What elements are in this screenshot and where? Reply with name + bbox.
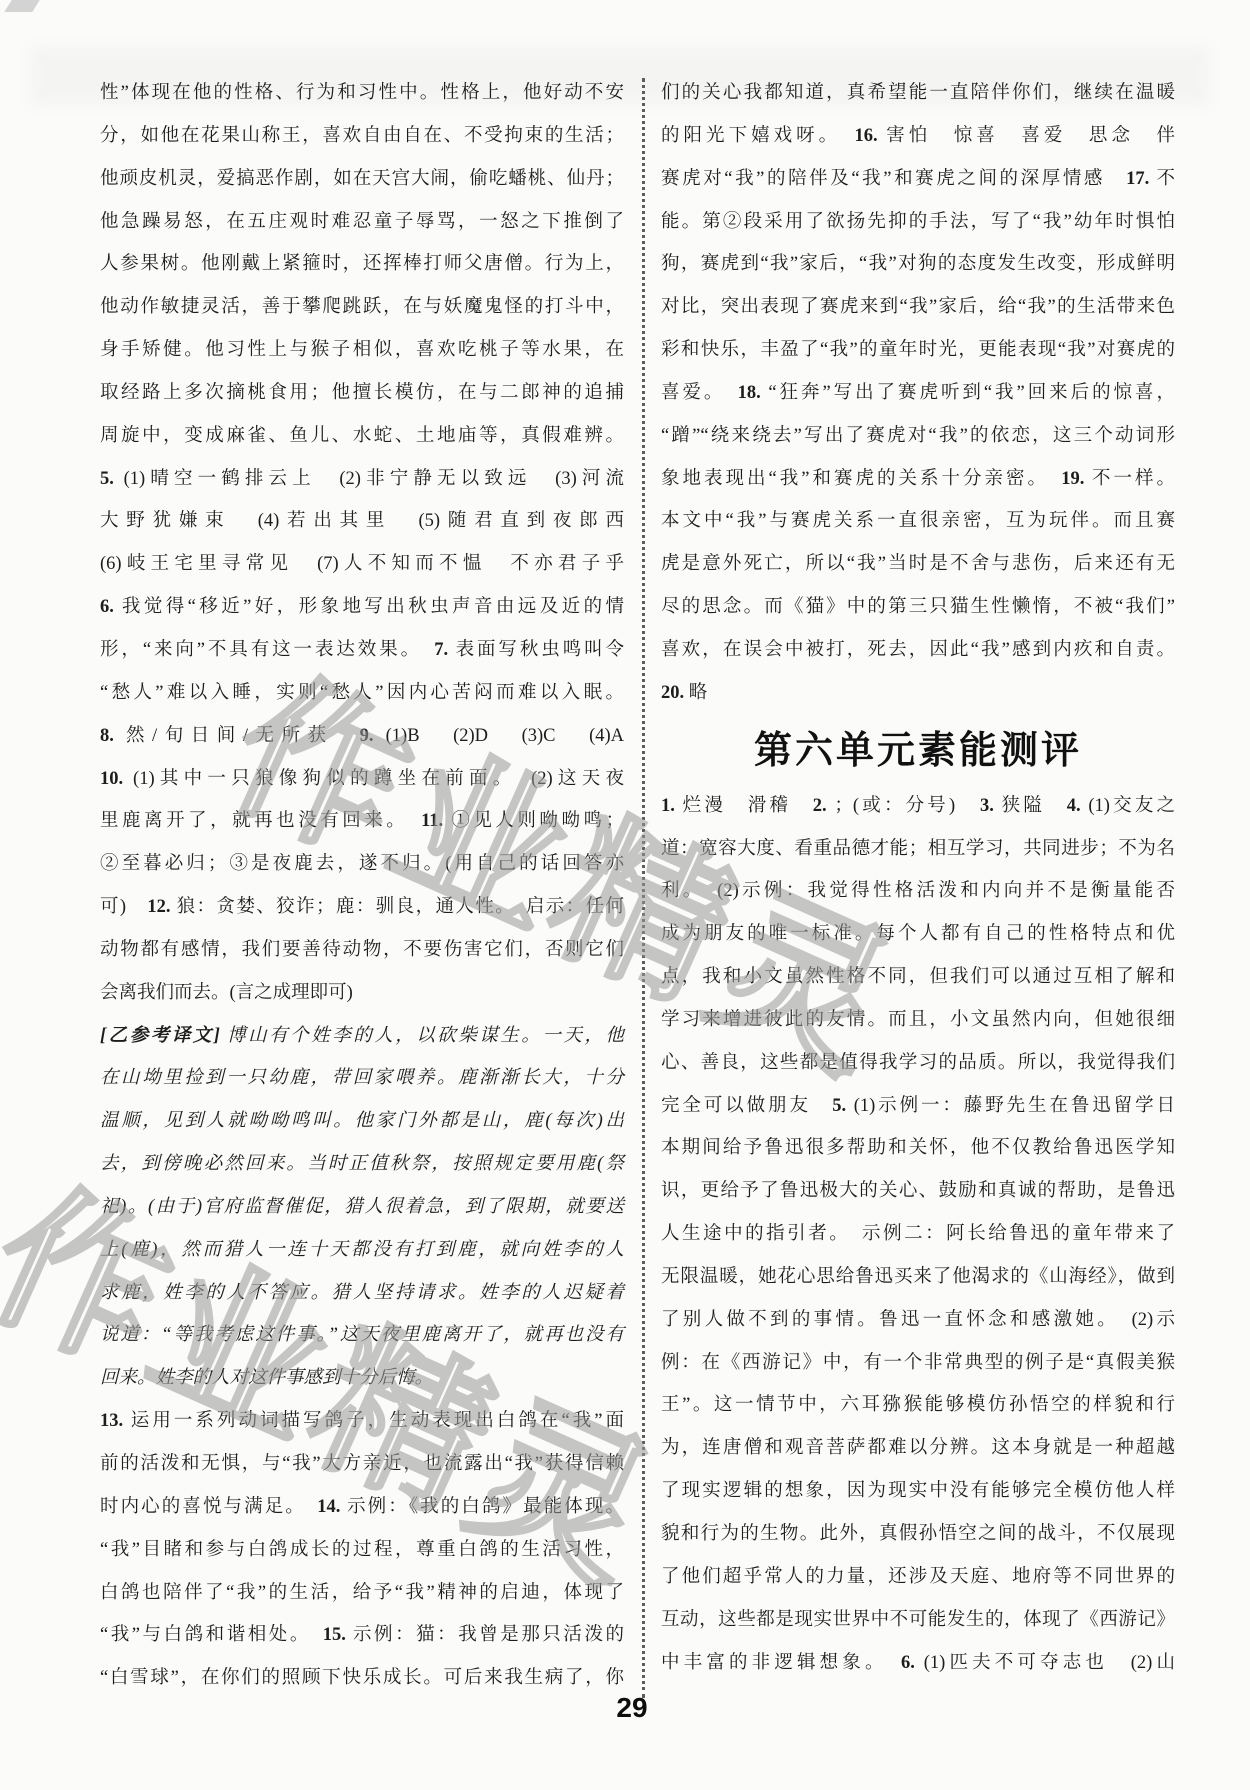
text-line: 狗，赛虎到“我”家后，“我”对狗的态度发生改变，形成鲜明 — [661, 243, 1175, 286]
text-line: 了他们超乎常人的力量，还涉及天庭、地府等不同世界的 — [661, 1556, 1175, 1599]
text-line: 10. (1)其中一只狼像狗似的蹲坐在前面。 (2)这天夜 — [100, 758, 624, 801]
text-line: 取经路上多次摘桃食用；他擅长模仿，在与二郎神的追捕 — [100, 372, 624, 415]
text-line: ②至暮必归；③是夜鹿去，遂不归。(用自己的话回答亦 — [100, 843, 624, 886]
text-line: 人生途中的指引者。 示例二：阿长给鲁迅的童年带来了 — [661, 1213, 1175, 1256]
text-line: 了现实逻辑的想象，因为现实中没有能够完全模仿他人样 — [661, 1470, 1175, 1513]
text-line: 6. 我觉得“移近”好，形象地写出秋虫声音由远及近的情 — [100, 586, 624, 629]
text-line: 形，“来向”不具有这一表达效果。 7. 表面写秋虫鸣叫令 — [100, 629, 624, 672]
text-line: 上(鹿)，然而猎人一连十天都没有打到鹿，就向姓李的人 — [100, 1229, 624, 1272]
unit-heading: 第六单元素能测评 — [661, 728, 1175, 774]
text-line: 了别人做不到的事情。鲁迅一直怀念和感激她。 (2)示 — [661, 1299, 1175, 1342]
text-line: 白鸽也陪伴了“我”的生活，给予“我”精神的启迪，体现了 — [100, 1572, 624, 1615]
text-line: 完全可以做朋友 5. (1)示例一：藤野先生在鲁迅留学日 — [661, 1085, 1175, 1128]
text-line: 他急躁易怒，在五庄观时难忍童子辱骂，一怒之下推倒了 — [100, 201, 624, 244]
text-line: 他动作敏捷灵活，善于攀爬跳跃，在与妖魔鬼怪的打斗中， — [100, 286, 624, 329]
text-line: 尽的思念。而《猫》中的第三只猫生性懒惰，不被“我们” — [661, 586, 1175, 629]
text-line: 1. 烂漫 滑稽 2. ；(或：分号) 3. 狭隘 4. (1)交友之 — [661, 785, 1175, 828]
text-line: 时内心的喜悦与满足。 14. 示例：《我的白鸽》最能体现。 — [100, 1486, 624, 1529]
text-line: 可) 12. 狼：贪婪、狡诈；鹿：驯良，通人性。 启示：任何 — [100, 886, 624, 929]
text-line: “白雪球”，在你们的照顾下快乐成长。可后来我生病了，你 — [100, 1657, 624, 1700]
text-line: “我”与白鸽和谐相处。 15. 示例：猫：我曾是那只活泼的 — [100, 1614, 624, 1657]
text-line: 祀)。(由于)官府监督催促，猎人很着急，到了限期，就要送 — [100, 1186, 624, 1229]
text-line: 成为朋友的唯一标准。每个人都有自己的性格特点和优 — [661, 913, 1175, 956]
column-divider — [642, 78, 645, 1698]
text-line: 例：在《西游记》中，有一个非常典型的例子是“真假美猴 — [661, 1342, 1175, 1385]
text-line: 王”。这一情节中，六耳猕猴能够模仿孙悟空的样貌和行 — [661, 1384, 1175, 1427]
text-line: [乙参考译文] 博山有个姓李的人，以砍柴谋生。一天，他 — [100, 1015, 624, 1058]
right-column: 们的关心我都知道，真希望能一直陪伴你们，继续在温暖的阳光下嬉戏呀。 16. 害怕… — [661, 72, 1175, 1684]
text-line: 温顺，见到人就呦呦鸣叫。他家门外都是山，鹿(每次)出 — [100, 1100, 624, 1143]
text-line: 能。第②段采用了欲扬先抑的手法，写了“我”幼年时惧怕 — [661, 201, 1175, 244]
right-column-bottom: 1. 烂漫 滑稽 2. ；(或：分号) 3. 狭隘 4. (1)交友之道：宽容大… — [661, 785, 1175, 1685]
text-line: 20. 略 — [661, 672, 1175, 715]
text-line: 象地表现出“我”和赛虎的关系十分亲密。 19. 不一样。 — [661, 458, 1175, 501]
text-line: 性”体现在他的性格、行为和习性中。性格上，他好动不安 — [100, 72, 624, 115]
text-line: 回来。姓李的人对这件事感到十分后悔。 — [100, 1357, 624, 1400]
text-line: 中丰富的非逻辑想象。 6. (1)匹夫不可夺志也 (2)山 — [661, 1642, 1175, 1685]
text-line: 身手矫健。他习性上与猴子相似，喜欢吃桃子等水果，在 — [100, 329, 624, 372]
text-line: 里鹿离开了，就再也没有回来。 11. ①见人则呦呦鸣； — [100, 800, 624, 843]
text-line: 在山坳里捡到一只幼鹿，带回家喂养。鹿渐渐长大，十分 — [100, 1057, 624, 1100]
text-line: 8. 然/旬日间/无所获 9. (1)B (2)D (3)C (4)A — [100, 715, 624, 758]
left-column: 性”体现在他的性格、行为和习性中。性格上，他好动不安分，如他在花果山称王，喜欢自… — [100, 72, 624, 1700]
text-line: 5. (1)晴空一鹤排云上 (2)非宁静无以致远 (3)河流 — [100, 458, 624, 501]
text-line: 喜欢，在误会中被打，死去，因此“我”感到内疚和自责。 — [661, 629, 1175, 672]
text-line: 本文中“我”与赛虎关系一直很亲密，互为玩伴。而且赛 — [661, 500, 1175, 543]
text-line: 周旋中，变成麻雀、鱼儿、水蛇、土地庙等，真假难辨。 — [100, 415, 624, 458]
text-line: 说道：“等我考虑这件事。”这天夜里鹿离开了，就再也没有 — [100, 1314, 624, 1357]
text-line: “蹭”“绕来绕去”写出了赛虎对“我”的依恋，这三个动词形 — [661, 415, 1175, 458]
text-line: 对比，突出表现了赛虎来到“我”家后，给“我”的生活带来色 — [661, 286, 1175, 329]
text-line: 点，我和小文虽然性格不同，但我们可以通过互相了解和 — [661, 956, 1175, 999]
text-line: 本期间给予鲁迅很多帮助和关怀，他不仅教给鲁迅医学知 — [661, 1127, 1175, 1170]
text-line: 他顽皮机灵，爱搞恶作剧，如在天宫大闹，偷吃蟠桃、仙丹； — [100, 158, 624, 201]
right-column-top: 们的关心我都知道，真希望能一直陪伴你们，继续在温暖的阳光下嬉戏呀。 16. 害怕… — [661, 72, 1175, 715]
text-line: 心、善良，这些都是值得我学习的品质。所以，我觉得我们 — [661, 1042, 1175, 1085]
text-line: 貌和行为的生物。此外，真假孙悟空之间的战斗，不仅展现 — [661, 1513, 1175, 1556]
text-line: 动物都有感情，我们要善待动物，不要伤害它们，否则它们 — [100, 929, 624, 972]
text-line: “愁人”难以入睡，实则“愁人”因内心苦闷而难以入眠。 — [100, 672, 624, 715]
scanned-page: 性”体现在他的性格、行为和习性中。性格上，他好动不安分，如他在花果山称王，喜欢自… — [0, 0, 1250, 1790]
text-line: 无限温暖，她花心思给鲁迅买来了他渴求的《山海经》，做到 — [661, 1256, 1175, 1299]
text-line: 喜爱。 18. “狂奔”写出了赛虎听到“我”回来后的惊喜， — [661, 372, 1175, 415]
text-line: 互动，这些都是现实世界中不可能发生的，体现了《西游记》 — [661, 1599, 1175, 1642]
text-line: 去，到傍晚必然回来。当时正值秋祭，按照规定要用鹿(祭 — [100, 1143, 624, 1186]
text-line: 们的关心我都知道，真希望能一直陪伴你们，继续在温暖 — [661, 72, 1175, 115]
text-line: 虎是意外死亡，所以“我”当时是不舍与悲伤，后来还有无 — [661, 543, 1175, 586]
scan-artifact — [4, 0, 39, 12]
text-line: 会离我们而去。(言之成理即可) — [100, 972, 624, 1015]
text-line: 分，如他在花果山称王，喜欢自由自在、不受拘束的生活； — [100, 115, 624, 158]
text-line: 赛虎对“我”的陪伴及“我”和赛虎之间的深厚情感 17. 不 — [661, 158, 1175, 201]
text-line: 学习来增进彼此的友情。而且，小文虽然内向，但她很细 — [661, 999, 1175, 1042]
text-line: 求鹿，姓李的人不答应。猎人坚持请求。姓李的人迟疑着 — [100, 1272, 624, 1315]
text-line: 利。 (2)示例：我觉得性格活泼和内向并不是衡量能否 — [661, 870, 1175, 913]
text-line: 前的活泼和无惧，与“我”大方亲近，也流露出“我”获得信赖 — [100, 1443, 624, 1486]
text-line: 13. 运用一系列动词描写鸽子，生动表现出白鸽在“我”面 — [100, 1400, 624, 1443]
text-line: 彩和快乐，丰盈了“我”的童年时光，更能表现“我”对赛虎的 — [661, 329, 1175, 372]
text-line: (6)岐王宅里寻常见 (7)人不知而不愠 不亦君子乎 — [100, 543, 624, 586]
text-line: 大野犹嫌束 (4)若出其里 (5)随君直到夜郎西 — [100, 500, 624, 543]
text-line: 为，连唐僧和观音菩萨都难以分辨。这本身就是一种超越 — [661, 1427, 1175, 1470]
text-line: 道：宽容大度、看重品德才能；相互学习，共同进步；不为名 — [661, 828, 1175, 871]
text-line: 识，更给予了鲁迅极大的关心、鼓励和真诚的帮助，是鲁迅 — [661, 1170, 1175, 1213]
text-line: 人参果树。他刚戴上紧箍时，还挥棒打师父唐僧。行为上， — [100, 243, 624, 286]
text-line: 的阳光下嬉戏呀。 16. 害怕 惊喜 喜爱 思念 伴 — [661, 115, 1175, 158]
text-line: “我”目睹和参与白鸽成长的过程，尊重白鸽的生活习性， — [100, 1529, 624, 1572]
